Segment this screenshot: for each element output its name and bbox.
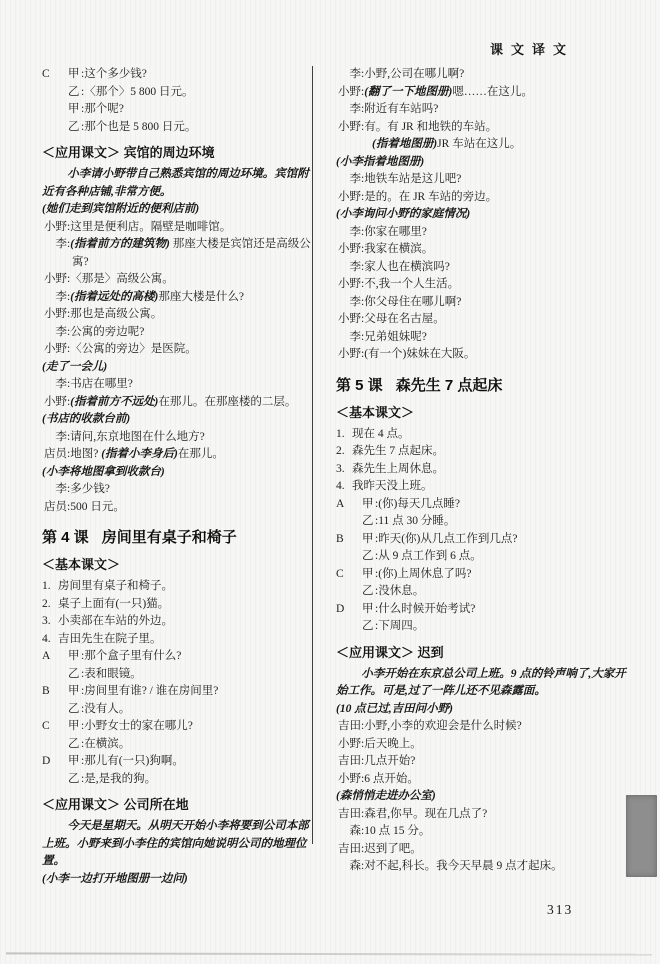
speaker-name: 李 xyxy=(42,324,67,342)
sentence-number: 3. xyxy=(42,613,58,631)
speaker-name: 店员 xyxy=(42,499,67,517)
lesson-number: 第 5 课 xyxy=(336,377,383,394)
speaker-name: 乙 xyxy=(68,666,81,684)
dialogue-line: 乙:那个也是 5 800 日元。 xyxy=(42,119,312,137)
stage-direction: (书店的收款台前) xyxy=(42,411,312,429)
speaker-name: 小野 xyxy=(42,306,67,324)
dialogue-line: B甲:昨天(你)从几点工作到几点? xyxy=(336,531,636,549)
dialogue-line: 李:你父母住在哪儿啊? xyxy=(336,294,636,312)
speaker-name: 李 xyxy=(336,101,361,119)
numbered-sentence: 3.森先生上周休息。 xyxy=(336,461,636,479)
dialogue-text: 什么时候开始考试? xyxy=(378,603,475,615)
dialogue-text: 多少钱? xyxy=(70,483,110,495)
stage-direction-inline: (指着远处的高楼) xyxy=(70,291,158,303)
speaker-name: 乙 xyxy=(362,513,375,531)
dialogue-text: (你)每天几点睡? xyxy=(378,498,460,510)
dialogue-line: 乙:表和眼镜。 xyxy=(42,666,312,684)
speaker-name: 李 xyxy=(42,481,67,499)
lesson-number: 第 4 课 xyxy=(42,529,89,546)
dialogue-line: 乙:〈那个〉5 800 日元。 xyxy=(42,84,312,102)
speaker-name: 店员 xyxy=(42,446,67,464)
dialogue-text: 〈公寓的旁边〉是医院。 xyxy=(70,343,197,355)
lesson-title: 森先生 7 点起床 xyxy=(396,377,503,394)
lesson-heading: 第 5 课森先生 7 点起床 xyxy=(336,376,636,396)
dialogue-text: 地铁车站是这儿吧? xyxy=(364,173,461,185)
dialogue-line: 森:10 点 15 分。 xyxy=(336,823,636,841)
stage-direction: (小李指着地图册) xyxy=(336,154,636,172)
dialogue-text: 迟到了吧。 xyxy=(364,843,422,855)
narration: 小李开始在东京总公司上班。9 点的铃声响了,大家开始工作。可是,过了一阵儿还不见… xyxy=(336,666,636,701)
stage-direction: (她们走到宾馆附近的便利店前) xyxy=(42,201,312,219)
speaker-name: 李 xyxy=(336,66,361,84)
sentence-number: 3. xyxy=(336,461,352,479)
stage-direction-inline: (翻了一下地图册) xyxy=(364,86,452,98)
dialogue-line: 小野:父母在名古屋。 xyxy=(336,311,636,329)
speaker-name: 李 xyxy=(336,329,361,347)
lesson-title: 房间里有桌子和椅子 xyxy=(102,529,237,546)
speaker-name: 吉田 xyxy=(336,718,361,736)
item-letter: A xyxy=(336,496,362,514)
dialogue-line: 乙:没休息。 xyxy=(336,583,636,601)
lesson-heading: 第 4 课房间里有桌子和椅子 xyxy=(42,528,312,548)
dialogue-line: 小野:(有一个)妹妹在大阪。 xyxy=(336,346,636,364)
speaker-name: 小野 xyxy=(336,241,361,259)
dialogue-text: (有一个)妹妹在大阪。 xyxy=(364,348,475,360)
dialogue-text: 父母在名古屋。 xyxy=(364,313,445,325)
numbered-sentence: 3.小卖部在车站的外边。 xyxy=(42,613,312,631)
sentence-text: 我昨天没上班。 xyxy=(352,480,433,492)
dialogue-line: 甲:那个呢? xyxy=(42,101,312,119)
dialogue-line: 小野:〈那是〉高级公寓。 xyxy=(42,271,312,289)
dialogue-text: 这里是便利店。隔壁是咖啡馆。 xyxy=(70,221,231,233)
dialogue-text: 兄弟姐妹呢? xyxy=(364,331,427,343)
dialogue-text: 这个多少钱? xyxy=(84,68,147,80)
dialogue-text: 那座大楼是什么? xyxy=(158,291,244,303)
dialogue-line: 乙:11 点 30 分睡。 xyxy=(336,513,636,531)
dialogue-text: JR 车站在这儿。 xyxy=(437,138,521,150)
sentence-text: 森先生 7 点起床。 xyxy=(352,445,444,457)
dialogue-line: 李:家人也在横滨吗? xyxy=(336,259,636,277)
dialogue-text: 几点开始? xyxy=(364,755,415,767)
item-letter: B xyxy=(42,683,68,701)
numbered-sentence: 1.现在 4 点。 xyxy=(336,426,636,444)
speaker-name: 森 xyxy=(336,858,361,876)
continuation-line: (指着地图册)JR 车站在这儿。 xyxy=(336,136,636,154)
dialogue-line: C甲:(你)上周休息了吗? xyxy=(336,566,636,584)
speaker-name: 小野 xyxy=(42,394,67,412)
dialogue-line: 乙:从 9 点工作到 6 点。 xyxy=(336,548,636,566)
dialogue-text: 下周四。 xyxy=(378,620,424,632)
dialogue-text: 家人也在横滨吗? xyxy=(364,261,450,273)
speaker-name: 小野 xyxy=(336,84,361,102)
dialogue-line: 李:书店在哪里? xyxy=(42,376,312,394)
speaker-name: 乙 xyxy=(68,771,81,789)
item-letter: D xyxy=(42,753,68,771)
dialogue-line: 李:(指着前方的建筑物) 那座大楼是宾馆还是高级公寓? xyxy=(42,236,312,271)
dialogue-text: 那个也是 5 800 日元。 xyxy=(84,121,196,133)
speaker-name: 李 xyxy=(42,236,67,254)
section-heading: ＜基本课文＞ xyxy=(336,404,636,422)
dialogue-line: 小野:(翻了一下地图册)嗯……在这儿。 xyxy=(336,84,636,102)
sentence-text: 小卖部在车站的外边。 xyxy=(58,615,173,627)
item-letter: B xyxy=(336,531,362,549)
dialogue-text: 对不起,科长。我今天早晨 9 点才起床。 xyxy=(364,860,562,872)
section-heading: ＜应用课文＞ 公司所在地 xyxy=(42,796,312,814)
speaker-name: 乙 xyxy=(362,618,375,636)
sentence-text: 房间里有桌子和椅子。 xyxy=(58,580,173,592)
stage-direction: (小李将地图拿到收款台) xyxy=(42,464,312,482)
speaker-name: 小野 xyxy=(42,271,67,289)
speaker-name: 甲 xyxy=(68,753,81,771)
item-letter: C xyxy=(42,66,68,84)
speaker-name: 乙 xyxy=(362,583,375,601)
sentence-number: 1. xyxy=(336,426,352,444)
item-letter: D xyxy=(336,601,362,619)
dialogue-line: D甲:什么时候开始考试? xyxy=(336,601,636,619)
speaker-name: 森 xyxy=(336,823,361,841)
dialogue-text: 6 点开始。 xyxy=(364,773,419,785)
sentence-number: 2. xyxy=(336,443,352,461)
dialogue-line: C甲:小野女士的家在哪儿? xyxy=(42,718,312,736)
dialogue-text: 在那儿。 xyxy=(178,448,224,460)
sentence-text: 现在 4 点。 xyxy=(352,428,410,440)
dialogue-text: 没有人。 xyxy=(84,703,130,715)
section-heading: ＜基本课文＞ xyxy=(42,556,312,574)
page-number: 313 xyxy=(547,902,573,918)
dialogue-line: B甲:房间里有谁? / 谁在房间里? xyxy=(42,683,312,701)
stage-direction-inline: (指着小李身后) xyxy=(101,448,178,460)
section-heading: ＜应用课文＞ 宾馆的周边环境 xyxy=(42,144,312,162)
running-head: 课文译文 xyxy=(490,39,574,58)
stage-direction-inline: (指着地图册) xyxy=(372,138,437,150)
item-letter: C xyxy=(42,718,68,736)
dialogue-text: 在那儿。在那座楼的二层。 xyxy=(158,396,296,408)
speaker-name: 甲 xyxy=(68,101,81,119)
dialogue-text: 不,我一个人生活。 xyxy=(364,278,459,290)
sentence-text: 吉田先生在院子里。 xyxy=(58,633,162,645)
dialogue-line: 李:多少钱? xyxy=(42,481,312,499)
dialogue-text: 你父母住在哪儿啊? xyxy=(364,296,461,308)
stage-direction: (走了一会儿) xyxy=(42,359,312,377)
stage-direction: (小李询问小野的家庭情况) xyxy=(336,206,636,224)
dialogue-line: 吉田:小野,小李的欢迎会是什么时候? xyxy=(336,718,636,736)
speaker-name: 小野 xyxy=(42,219,67,237)
dialogue-text: 从 9 点工作到 6 点。 xyxy=(378,550,482,562)
dialogue-line: 小野:这里是便利店。隔壁是咖啡馆。 xyxy=(42,219,312,237)
dialogue-text: 〈那个〉5 800 日元。 xyxy=(84,86,193,98)
numbered-sentence: 2.桌子上面有(一只)猫。 xyxy=(42,596,312,614)
dialogue-line: 乙:在横滨。 xyxy=(42,736,312,754)
scan-edge-mark xyxy=(626,795,657,877)
dialogue-text: 在横滨。 xyxy=(84,738,130,750)
dialogue-text: 我家在横滨。 xyxy=(364,243,433,255)
dialogue-text: 小野,公司在哪儿啊? xyxy=(364,68,464,80)
sentence-text: 森先生上周休息。 xyxy=(352,463,444,475)
speaker-name: 吉田 xyxy=(336,753,361,771)
speaker-name: 小野 xyxy=(336,771,361,789)
dialogue-text: (你)上周休息了吗? xyxy=(378,568,471,580)
left-column: C甲:这个多少钱?乙:〈那个〉5 800 日元。甲:那个呢?乙:那个也是 5 8… xyxy=(42,66,312,888)
dialogue-text: 昨天(你)从几点工作到几点? xyxy=(378,533,517,545)
speaker-name: 小野 xyxy=(336,346,361,364)
dialogue-line: 小野:(指着前方不远处)在那儿。在那座楼的二层。 xyxy=(42,394,312,412)
dialogue-line: 小野:有。有 JR 和地铁的车站。 xyxy=(336,119,636,137)
speaker-name: 甲 xyxy=(68,66,81,84)
dialogue-text: 有。有 JR 和地铁的车站。 xyxy=(364,121,497,133)
dialogue-text: 后天晚上。 xyxy=(364,738,422,750)
dialogue-text: 是,是我的狗。 xyxy=(84,773,156,785)
speaker-name: 小野 xyxy=(336,736,361,754)
sentence-number: 2. xyxy=(42,596,58,614)
speaker-name: 李 xyxy=(42,289,67,307)
dialogue-line: 李:地铁车站是这儿吧? xyxy=(336,171,636,189)
speaker-name: 乙 xyxy=(68,119,81,137)
dialogue-line: 森:对不起,科长。我今天早晨 9 点才起床。 xyxy=(336,858,636,876)
dialogue-text: 房间里有谁? / 谁在房间里? xyxy=(84,685,218,697)
speaker-name: 吉田 xyxy=(336,841,361,859)
dialogue-text: 没休息。 xyxy=(378,585,424,597)
speaker-name: 吉田 xyxy=(336,806,361,824)
section-heading: ＜应用课文＞ 迟到 xyxy=(336,644,636,662)
dialogue-text: 你家在哪里? xyxy=(364,226,427,238)
sentence-number: 4. xyxy=(42,631,58,649)
dialogue-line: 小野:是的。在 JR 车站的旁边。 xyxy=(336,189,636,207)
speaker-name: 乙 xyxy=(362,548,375,566)
dialogue-text: 〈那是〉高级公寓。 xyxy=(70,273,174,285)
dialogue-text: 嗯……在这儿。 xyxy=(452,86,533,98)
dialogue-text: 500 日元。 xyxy=(70,501,125,513)
stage-direction: (小李一边打开地图册一边问) xyxy=(42,871,312,889)
speaker-name: 李 xyxy=(336,171,361,189)
stage-direction-inline: (指着前方不远处) xyxy=(70,396,158,408)
speaker-name: 李 xyxy=(336,294,361,312)
numbered-sentence: 2.森先生 7 点起床。 xyxy=(336,443,636,461)
speaker-name: 小野 xyxy=(42,341,67,359)
numbered-sentence: 1.房间里有桌子和椅子。 xyxy=(42,578,312,596)
narration: 小李请小野带自己熟悉宾馆的周边环境。宾馆附近有各种店铺,非常方便。 xyxy=(42,166,312,201)
speaker-name: 李 xyxy=(42,429,67,447)
dialogue-line: 小野:〈公寓的旁边〉是医院。 xyxy=(42,341,312,359)
page-content: C甲:这个多少钱?乙:〈那个〉5 800 日元。甲:那个呢?乙:那个也是 5 8… xyxy=(42,66,636,888)
speaker-name: 甲 xyxy=(68,648,81,666)
dialogue-text: 附近有车站吗? xyxy=(364,103,438,115)
item-letter: C xyxy=(336,566,362,584)
dialogue-text: 公寓的旁边呢? xyxy=(70,326,144,338)
dialogue-line: 小野:那也是高级公寓。 xyxy=(42,306,312,324)
speaker-name: 李 xyxy=(42,376,67,394)
speaker-name: 甲 xyxy=(362,496,375,514)
speaker-name: 甲 xyxy=(362,601,375,619)
dialogue-line: 乙:是,是我的狗。 xyxy=(42,771,312,789)
dialogue-line: 吉田:几点开始? xyxy=(336,753,636,771)
numbered-sentence: 4.我昨天没上班。 xyxy=(336,478,636,496)
dialogue-line: 小野:后天晚上。 xyxy=(336,736,636,754)
speaker-name: 甲 xyxy=(68,718,81,736)
speaker-name: 乙 xyxy=(68,736,81,754)
dialogue-line: 李:公寓的旁边呢? xyxy=(42,324,312,342)
scan-bottom-line xyxy=(6,952,652,955)
dialogue-text: 那个呢? xyxy=(84,103,124,115)
dialogue-line: 李:兄弟姐妹呢? xyxy=(336,329,636,347)
dialogue-line: 小野:不,我一个人生活。 xyxy=(336,276,636,294)
dialogue-text: 地图? xyxy=(70,448,101,460)
numbered-sentence: 4.吉田先生在院子里。 xyxy=(42,631,312,649)
dialogue-line: 店员:500 日元。 xyxy=(42,499,312,517)
right-column: 李:小野,公司在哪儿啊?小野:(翻了一下地图册)嗯……在这儿。李:附近有车站吗?… xyxy=(313,66,636,876)
dialogue-line: 店员:地图? (指着小李身后)在那儿。 xyxy=(42,446,312,464)
dialogue-line: 乙:没有人。 xyxy=(42,701,312,719)
dialogue-line: D甲:那儿有(一只)狗啊。 xyxy=(42,753,312,771)
dialogue-line: A甲:(你)每天几点睡? xyxy=(336,496,636,514)
stage-direction-inline: (指着前方的建筑物) xyxy=(70,238,170,250)
dialogue-line: 李:你家在哪里? xyxy=(336,224,636,242)
speaker-name: 小野 xyxy=(336,276,361,294)
dialogue-text: 小野,小李的欢迎会是什么时候? xyxy=(364,720,521,732)
speaker-name: 小野 xyxy=(336,119,361,137)
dialogue-text: 表和眼镜。 xyxy=(84,668,142,680)
dialogue-text: 小野女士的家在哪儿? xyxy=(84,720,193,732)
speaker-name: 小野 xyxy=(336,189,361,207)
stage-direction: (森悄悄走进办公室) xyxy=(336,788,636,806)
dialogue-line: 小野:6 点开始。 xyxy=(336,771,636,789)
dialogue-text: 那个盒子里有什么? xyxy=(84,650,181,662)
speaker-name: 甲 xyxy=(362,531,375,549)
sentence-text: 桌子上面有(一只)猫。 xyxy=(58,598,169,610)
stage-direction: (10 点已过,吉田问小野) xyxy=(336,701,636,719)
dialogue-line: 李:请问,东京地图在什么地方? xyxy=(42,429,312,447)
dialogue-text: 那儿有(一只)狗啊。 xyxy=(84,755,184,767)
dialogue-line: 吉田:森君,你早。现在几点了? xyxy=(336,806,636,824)
textbook-page: 课文译文 C甲:这个多少钱?乙:〈那个〉5 800 日元。甲:那个呢?乙:那个也… xyxy=(0,0,660,964)
speaker-name: 小野 xyxy=(336,311,361,329)
dialogue-text: 那也是高级公寓。 xyxy=(70,308,162,320)
speaker-name: 乙 xyxy=(68,701,81,719)
dialogue-line: A甲:那个盒子里有什么? xyxy=(42,648,312,666)
dialogue-line: 李:(指着远处的高楼)那座大楼是什么? xyxy=(42,289,312,307)
dialogue-text: 书店在哪里? xyxy=(70,378,133,390)
sentence-number: 4. xyxy=(336,478,352,496)
dialogue-line: 吉田:迟到了吧。 xyxy=(336,841,636,859)
dialogue-text: 森君,你早。现在几点了? xyxy=(364,808,487,820)
dialogue-line: 乙:下周四。 xyxy=(336,618,636,636)
sentence-number: 1. xyxy=(42,578,58,596)
dialogue-text: 11 点 30 分睡。 xyxy=(378,515,455,527)
dialogue-text: 请问,东京地图在什么地方? xyxy=(70,431,204,443)
speaker-name: 李 xyxy=(336,259,361,277)
dialogue-line: C甲:这个多少钱? xyxy=(42,66,312,84)
speaker-name: 甲 xyxy=(362,566,375,584)
speaker-name: 乙 xyxy=(68,84,81,102)
speaker-name: 甲 xyxy=(68,683,81,701)
dialogue-text: 10 点 15 分。 xyxy=(364,825,430,837)
speaker-name: 李 xyxy=(336,224,361,242)
dialogue-line: 李:小野,公司在哪儿啊? xyxy=(336,66,636,84)
narration: 今天是星期天。从明天开始小李将要到公司本部上班。小野来到小李住的宾馆向她说明公司… xyxy=(42,818,312,871)
item-letter: A xyxy=(42,648,68,666)
dialogue-text: 是的。在 JR 车站的旁边。 xyxy=(364,191,497,203)
dialogue-line: 小野:我家在横滨。 xyxy=(336,241,636,259)
dialogue-line: 李:附近有车站吗? xyxy=(336,101,636,119)
